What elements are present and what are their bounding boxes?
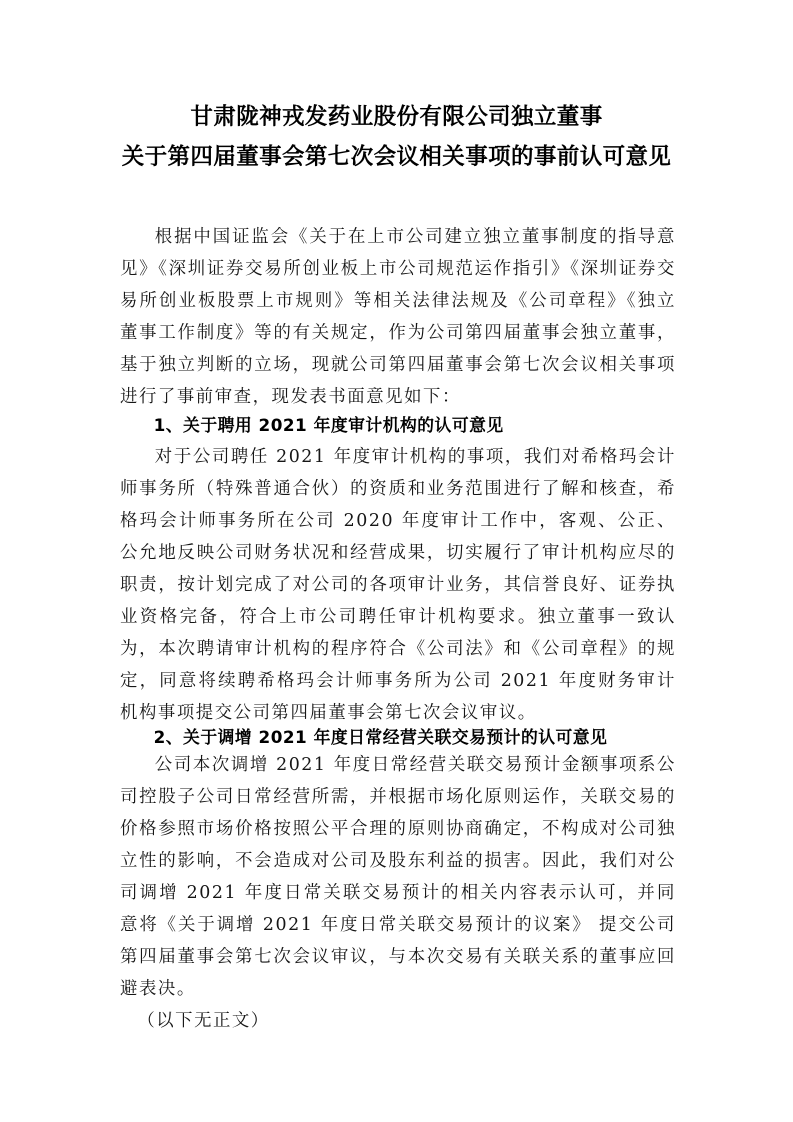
document-body: 根据中国证监会《关于在上市公司建立独立董事制度的指导意见》《深圳证券交易所创业板…	[120, 221, 676, 1045]
section-1-paragraph: 对于公司聘任 2021 年度审计机构的事项，我们对希格玛会计师事务所（特殊普通合…	[120, 441, 676, 729]
document-page: 甘肃陇神戎发药业股份有限公司独立董事 关于第四届董事会第七次会议相关事项的事前认…	[0, 0, 793, 1122]
document-title-line-1: 甘肃陇神戎发药业股份有限公司独立董事	[0, 102, 793, 132]
section-2-paragraph: 公司本次调增 2021 年度日常经营关联交易预计金额事项系公司控股子公司日常经营…	[120, 749, 676, 1005]
document-title-line-2: 关于第四届董事会第七次会议相关事项的事前认可意见	[0, 142, 793, 172]
section-1-heading: 1、关于聘用 2021 年度审计机构的认可意见	[120, 409, 676, 441]
intro-paragraph: 根据中国证监会《关于在上市公司建立独立董事制度的指导意见》《深圳证券交易所创业板…	[120, 221, 676, 413]
closing-note: （以下无正文）	[120, 1005, 676, 1037]
